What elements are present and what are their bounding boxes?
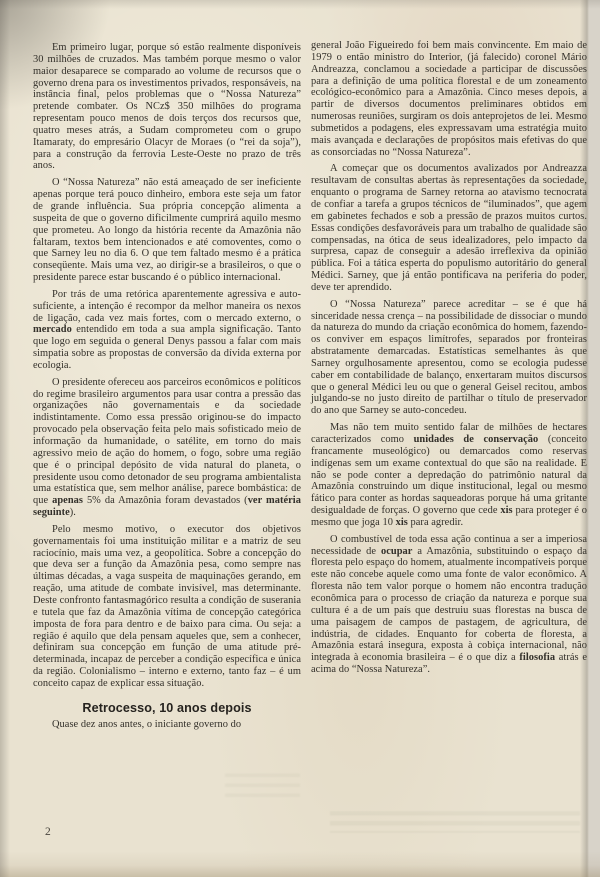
paragraph: Mas não tem muito sentido falar de milhõ… bbox=[311, 422, 587, 529]
left-paragraphs-after-heading: Quase dez anos antes, o iniciante govern… bbox=[33, 719, 301, 731]
paragraph: Por trás de uma retórica aparentemente a… bbox=[33, 289, 301, 372]
paragraph: O presidente ofereceu aos parceiros econ… bbox=[33, 377, 301, 519]
paragraph: general João Figueiredo foi bem mais con… bbox=[311, 40, 587, 158]
page-number: 2 bbox=[45, 826, 51, 838]
column-right: general João Figueiredo foi bem mais con… bbox=[311, 40, 587, 681]
paragraph: Pelo mesmo motivo, o executor dos objeti… bbox=[33, 524, 301, 690]
paragraph: O “Nossa Natureza” parece acreditar – se… bbox=[311, 299, 587, 417]
paragraph: Quase dez anos antes, o iniciante govern… bbox=[33, 719, 301, 731]
paragraph: Em primeiro lugar, porque só estão realm… bbox=[33, 42, 301, 172]
bleed-through-text bbox=[330, 811, 580, 833]
bleed-through-text bbox=[225, 774, 300, 801]
scanned-magazine-page: Em primeiro lugar, porque só estão realm… bbox=[0, 0, 600, 877]
paragraph: A começar que os documentos avalizados p… bbox=[311, 163, 587, 293]
right-paragraphs: general João Figueiredo foi bem mais con… bbox=[311, 40, 587, 676]
paragraph: O “Nossa Natureza” não está ameaçado de … bbox=[33, 177, 301, 284]
section-heading: Retrocesso, 10 anos depois bbox=[33, 703, 301, 715]
paragraph: O combustível de toda essa ação continua… bbox=[311, 534, 587, 676]
left-paragraphs: Em primeiro lugar, porque só estão realm… bbox=[33, 42, 301, 690]
column-left: Em primeiro lugar, porque só estão realm… bbox=[33, 42, 301, 735]
